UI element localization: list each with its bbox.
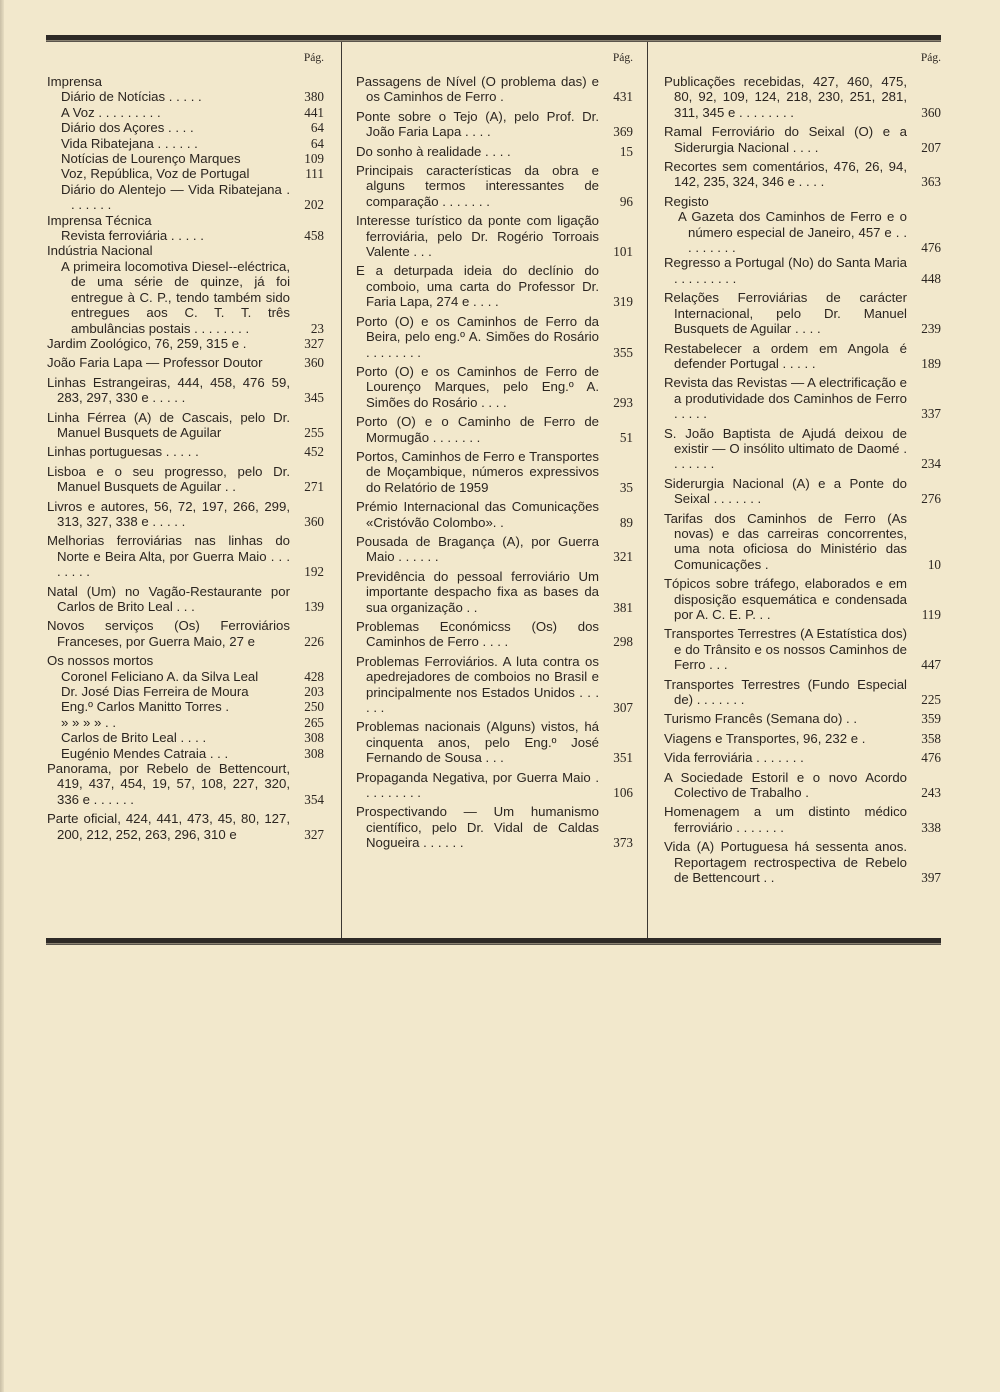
index-entry: Turismo Francês (Semana do) . .359 — [664, 711, 941, 726]
entry-title: Principais características da obra e alg… — [356, 163, 599, 209]
index-entry: Principais características da obra e alg… — [356, 163, 633, 209]
entry-page-number: 373 — [599, 835, 633, 850]
page-spine-edge — [0, 0, 4, 1392]
entry-page-number: 64 — [290, 136, 324, 151]
entry-title: Melhorias ferroviárias nas linhas do Nor… — [47, 533, 290, 579]
entry-page-number: 380 — [290, 89, 324, 104]
entry-title: Linhas Estrangeiras, 444, 458, 476 59, 2… — [47, 375, 290, 406]
entry-title: Diário dos Açores . . . . — [47, 120, 290, 135]
entry-page-number: 431 — [599, 89, 633, 104]
entry-page-number: 327 — [290, 336, 324, 351]
page-header-label: Pág. — [664, 44, 941, 74]
entry-page-number: 15 — [599, 144, 633, 159]
entry-title: S. João Baptista de Ajudá deixou de exis… — [664, 426, 907, 472]
bottom-rule — [46, 938, 941, 944]
entry-page-number: 225 — [907, 692, 941, 707]
index-entry: Jardim Zoológico, 76, 259, 315 e .327 — [47, 336, 324, 351]
index-entry: Dr. José Dias Ferreira de Moura203 — [47, 684, 324, 699]
entry-title: Voz, República, Voz de Portugal — [47, 166, 290, 181]
entry-page-number: 360 — [290, 355, 324, 370]
index-entry: Revista ferroviária . . . . .458 — [47, 228, 324, 243]
entry-page-number: 23 — [290, 321, 324, 336]
entry-page-number: 351 — [599, 750, 633, 765]
column-divider-1 — [341, 42, 342, 938]
entry-title: Tópicos sobre tráfego, elaborados e em d… — [664, 576, 907, 622]
entry-page-number: 360 — [907, 105, 941, 120]
index-entry: Vida (A) Portuguesa há sessenta anos. Re… — [664, 839, 941, 885]
entry-title: Ponte sobre o Tejo (A), pelo Prof. Dr. J… — [356, 109, 599, 140]
entry-title: Porto (O) e os Caminhos de Ferro da Beir… — [356, 314, 599, 360]
entry-page-number: 243 — [907, 785, 941, 800]
entry-title: Turismo Francês (Semana do) . . — [664, 711, 907, 726]
index-entry: A Voz . . . . . . . . .441 — [47, 105, 324, 120]
entry-title: Linhas portuguesas . . . . . — [47, 444, 290, 459]
index-entry: Lisboa e o seu progresso, pelo Dr. Manue… — [47, 464, 324, 495]
entry-title: Ramal Ferroviário do Seixal (O) e a Side… — [664, 124, 907, 155]
index-column-3: Pág. Publicações recebidas, 427, 460, 47… — [664, 44, 941, 890]
entry-page-number: 255 — [290, 425, 324, 440]
entry-title: Diário de Notícias . . . . . — [47, 89, 290, 104]
entry-page-number: 298 — [599, 634, 633, 649]
index-entry: Problemas Ferroviários. A luta contra os… — [356, 654, 633, 716]
entry-title: Prospectivando — Um humanismo científico… — [356, 804, 599, 850]
entry-page-number: 51 — [599, 430, 633, 445]
entry-title: Transportes Terrestres (Fundo Especial d… — [664, 677, 907, 708]
entry-page-number: 192 — [290, 564, 324, 579]
entry-page-number: 106 — [599, 785, 633, 800]
entry-page-number: 381 — [599, 600, 633, 615]
entry-title: Regresso a Portugal (No) do Santa Maria … — [664, 255, 907, 286]
entry-page-number: 308 — [290, 730, 324, 745]
entry-title: Transportes Terrestres (A Estatística do… — [664, 626, 907, 672]
entry-title: Relações Ferroviárias de carácter Intern… — [664, 290, 907, 336]
entries-list: ImprensaDiário de Notícias . . . . .380A… — [47, 74, 324, 842]
entry-title: Revista ferroviária . . . . . — [47, 228, 290, 243]
entry-title: Portos, Caminhos de Ferro e Transportes … — [356, 449, 599, 495]
entry-page-number: 101 — [599, 244, 633, 259]
index-entry: Porto (O) e os Caminhos de Ferro de Lour… — [356, 364, 633, 410]
entry-title: Parte oficial, 424, 441, 473, 45, 80, 12… — [47, 811, 290, 842]
index-entry: Notícias de Lourenço Marques109 — [47, 151, 324, 166]
entry-page-number: 397 — [907, 870, 941, 885]
entry-page-number: 308 — [290, 746, 324, 761]
entry-page-number: 355 — [599, 345, 633, 360]
index-entry: Tópicos sobre tráfego, elaborados e em d… — [664, 576, 941, 622]
entry-title: Livros e autores, 56, 72, 197, 266, 299,… — [47, 499, 290, 530]
entry-page-number: 109 — [290, 151, 324, 166]
index-entry: Carlos de Brito Leal . . . .308 — [47, 730, 324, 745]
entry-title: Vida ferroviária . . . . . . . — [664, 750, 907, 765]
index-entry: Interesse turístico da ponte com ligação… — [356, 213, 633, 259]
index-entry: Diário de Notícias . . . . .380 — [47, 89, 324, 104]
entry-page-number: 265 — [290, 715, 324, 730]
index-entry: A Gazeta dos Caminhos de Ferro e o númer… — [664, 209, 941, 255]
entry-page-number: 119 — [907, 607, 941, 622]
index-entry: Previdência do pessoal ferroviário Um im… — [356, 569, 633, 615]
entry-title: Homenagem a um distinto médico ferroviár… — [664, 804, 907, 835]
entry-title: Problemas Económicss (Os) dos Caminhos d… — [356, 619, 599, 650]
entry-page-number: 476 — [907, 240, 941, 255]
index-entry: Porto (O) e os Caminhos de Ferro da Beir… — [356, 314, 633, 360]
entry-page-number: 239 — [907, 321, 941, 336]
index-entry: Propaganda Negativa, por Guerra Maio . .… — [356, 770, 633, 801]
entry-page-number: 337 — [907, 406, 941, 421]
index-entry: Problemas nacionais (Alguns) vistos, há … — [356, 719, 633, 765]
entry-title: Problemas Ferroviários. A luta contra os… — [356, 654, 599, 716]
entry-page-number: 452 — [290, 444, 324, 459]
index-entry: Voz, República, Voz de Portugal111 — [47, 166, 324, 181]
index-entry: Revista das Revistas — A electrificação … — [664, 375, 941, 421]
entry-title: A Gazeta dos Caminhos de Ferro e o númer… — [664, 209, 907, 255]
entry-title: Pousada de Bragança (A), por Guerra Maio… — [356, 534, 599, 565]
index-entry: Problemas Económicss (Os) dos Caminhos d… — [356, 619, 633, 650]
entry-title: Eng.º Carlos Manitto Torres . — [47, 699, 290, 714]
index-entry: Passagens de Nível (O problema das) e os… — [356, 74, 633, 105]
index-entry: Regresso a Portugal (No) do Santa Maria … — [664, 255, 941, 286]
entry-title: A primeira locomotiva Diesel--eléctrica,… — [47, 259, 290, 336]
entry-title: Tarifas dos Caminhos de Ferro (As novas)… — [664, 511, 907, 573]
entry-title: Previdência do pessoal ferroviário Um im… — [356, 569, 599, 615]
index-heading: Indústria Nacional — [47, 243, 324, 258]
index-heading: Imprensa Técnica — [47, 213, 324, 228]
entry-title: A Voz . . . . . . . . . — [47, 105, 290, 120]
entry-title: Notícias de Lourenço Marques — [47, 151, 290, 166]
index-heading: Imprensa — [47, 74, 324, 89]
index-entry: Publicações recebidas, 427, 460, 475, 80… — [664, 74, 941, 120]
index-heading: Os nossos mortos — [47, 653, 324, 668]
entry-page-number: 345 — [290, 390, 324, 405]
index-entry: » » » » . .265 — [47, 715, 324, 730]
entry-page-number: 226 — [290, 634, 324, 649]
entry-title: Vida (A) Portuguesa há sessenta anos. Re… — [664, 839, 907, 885]
entry-page-number: 139 — [290, 599, 324, 614]
entry-page-number: 10 — [907, 557, 941, 572]
index-entry: Vida Ribatejana . . . . . .64 — [47, 136, 324, 151]
entry-page-number: 96 — [599, 194, 633, 209]
index-entry: Eugénio Mendes Catraia . . .308 — [47, 746, 324, 761]
entry-page-number: 476 — [907, 750, 941, 765]
index-entry: Eng.º Carlos Manitto Torres .250 — [47, 699, 324, 714]
index-entry: Melhorias ferroviárias nas linhas do Nor… — [47, 533, 324, 579]
index-entry: Do sonho à realidade . . . .15 — [356, 144, 633, 159]
entry-title: A Sociedade Estoril e o novo Acordo Cole… — [664, 770, 907, 801]
entry-page-number: 354 — [290, 792, 324, 807]
entry-page-number: 276 — [907, 491, 941, 506]
entry-page-number: 321 — [599, 549, 633, 564]
index-entry: Diário do Alentejo — Vida Ribatejana . .… — [47, 182, 324, 213]
index-entry: Pousada de Bragança (A), por Guerra Maio… — [356, 534, 633, 565]
entry-page-number: 250 — [290, 699, 324, 714]
entry-title: Interesse turístico da ponte com ligação… — [356, 213, 599, 259]
entry-title: Lisboa e o seu progresso, pelo Dr. Manue… — [47, 464, 290, 495]
index-column-2: Pág. Passagens de Nível (O problema das)… — [356, 44, 633, 855]
entry-title: Problemas nacionais (Alguns) vistos, há … — [356, 719, 599, 765]
entry-title: Do sonho à realidade . . . . — [356, 144, 599, 159]
entry-title: Passagens de Nível (O problema das) e os… — [356, 74, 599, 105]
index-entry: Homenagem a um distinto médico ferroviár… — [664, 804, 941, 835]
index-entry: Parte oficial, 424, 441, 473, 45, 80, 12… — [47, 811, 324, 842]
top-rule — [46, 35, 941, 41]
index-entry: Relações Ferroviárias de carácter Intern… — [664, 290, 941, 336]
entry-title: Diário do Alentejo — Vida Ribatejana . .… — [47, 182, 290, 213]
entry-title: Carlos de Brito Leal . . . . — [47, 730, 290, 745]
entry-page-number: 64 — [290, 120, 324, 135]
index-entry: Siderurgia Nacional (A) e a Ponte do Sei… — [664, 476, 941, 507]
entry-title: Revista das Revistas — A electrificação … — [664, 375, 907, 421]
entry-page-number: 358 — [907, 731, 941, 746]
entry-page-number: 203 — [290, 684, 324, 699]
index-entry: Linhas portuguesas . . . . .452 — [47, 444, 324, 459]
entry-title: Linha Férrea (A) de Cascais, pelo Dr. Ma… — [47, 410, 290, 441]
entry-page-number: 89 — [599, 515, 633, 530]
entry-page-number: 307 — [599, 700, 633, 715]
index-column-1: Pág. ImprensaDiário de Notícias . . . . … — [47, 44, 324, 846]
index-entry: Porto (O) e o Caminho de Ferro de Mormug… — [356, 414, 633, 445]
entry-page-number: 363 — [907, 174, 941, 189]
entry-page-number: 202 — [290, 197, 324, 212]
entry-title: Panorama, por Rebelo de Bettencourt, 419… — [47, 761, 290, 807]
index-entry: Vida ferroviária . . . . . . .476 — [664, 750, 941, 765]
entry-page-number: 293 — [599, 395, 633, 410]
entry-title: » » » » . . — [47, 715, 290, 730]
entry-page-number: 35 — [599, 480, 633, 495]
index-entry: Transportes Terrestres (A Estatística do… — [664, 626, 941, 672]
index-entry: Transportes Terrestres (Fundo Especial d… — [664, 677, 941, 708]
index-entry: Recortes sem comentários, 476, 26, 94, 1… — [664, 159, 941, 190]
entry-title: Jardim Zoológico, 76, 259, 315 e . — [47, 336, 290, 351]
entry-title: Dr. José Dias Ferreira de Moura — [47, 684, 290, 699]
entry-page-number: 319 — [599, 294, 633, 309]
index-entry: Linha Férrea (A) de Cascais, pelo Dr. Ma… — [47, 410, 324, 441]
entry-page-number: 189 — [907, 356, 941, 371]
entry-title: Novos serviços (Os) Ferroviários Frances… — [47, 618, 290, 649]
index-entry: Prospectivando — Um humanismo científico… — [356, 804, 633, 850]
index-entry: E a deturpada ideia do declínio do combo… — [356, 263, 633, 309]
entry-page-number: 234 — [907, 456, 941, 471]
entry-title: Viagens e Transportes, 96, 232 e . — [664, 731, 907, 746]
entry-title: Siderurgia Nacional (A) e a Ponte do Sei… — [664, 476, 907, 507]
index-entry: Ponte sobre o Tejo (A), pelo Prof. Dr. J… — [356, 109, 633, 140]
index-entry: A primeira locomotiva Diesel--eléctrica,… — [47, 259, 324, 336]
column-divider-2 — [647, 42, 648, 938]
entry-title: Prémio Internacional das Comunicações «C… — [356, 499, 599, 530]
index-entry: Ramal Ferroviário do Seixal (O) e a Side… — [664, 124, 941, 155]
entry-page-number: 327 — [290, 827, 324, 842]
entries-list: Publicações recebidas, 427, 460, 475, 80… — [664, 74, 941, 886]
index-entry: Novos serviços (Os) Ferroviários Frances… — [47, 618, 324, 649]
entry-title: Eugénio Mendes Catraia . . . — [47, 746, 290, 761]
index-entry: Prémio Internacional das Comunicações «C… — [356, 499, 633, 530]
index-entry: Tarifas dos Caminhos de Ferro (As novas)… — [664, 511, 941, 573]
entry-page-number: 448 — [907, 271, 941, 286]
entry-page-number: 369 — [599, 124, 633, 139]
index-entry: A Sociedade Estoril e o novo Acordo Cole… — [664, 770, 941, 801]
entry-page-number: 458 — [290, 228, 324, 243]
index-entry: Panorama, por Rebelo de Bettencourt, 419… — [47, 761, 324, 807]
entry-title: Porto (O) e os Caminhos de Ferro de Lour… — [356, 364, 599, 410]
index-entry: Restabelecer a ordem em Angola é defende… — [664, 341, 941, 372]
entry-title: João Faria Lapa — Professor Doutor — [47, 355, 290, 370]
entry-page-number: 111 — [290, 166, 324, 181]
index-entry: S. João Baptista de Ajudá deixou de exis… — [664, 426, 941, 472]
entry-title: Recortes sem comentários, 476, 26, 94, 1… — [664, 159, 907, 190]
entry-title: Coronel Feliciano A. da Silva Leal — [47, 669, 290, 684]
entry-page-number: 359 — [907, 711, 941, 726]
entry-title: Publicações recebidas, 427, 460, 475, 80… — [664, 74, 907, 120]
index-entry: Linhas Estrangeiras, 444, 458, 476 59, 2… — [47, 375, 324, 406]
page-header-label: Pág. — [47, 44, 324, 74]
entry-page-number: 441 — [290, 105, 324, 120]
index-entry: João Faria Lapa — Professor Doutor360 — [47, 355, 324, 370]
entry-title: Porto (O) e o Caminho de Ferro de Mormug… — [356, 414, 599, 445]
entry-page-number: 271 — [290, 479, 324, 494]
entry-title: Natal (Um) no Vagão-Restaurante por Carl… — [47, 584, 290, 615]
index-entry: Viagens e Transportes, 96, 232 e .358 — [664, 731, 941, 746]
entry-page-number: 360 — [290, 514, 324, 529]
index-entry: Livros e autores, 56, 72, 197, 266, 299,… — [47, 499, 324, 530]
entries-list: Passagens de Nível (O problema das) e os… — [356, 74, 633, 851]
entry-page-number: 447 — [907, 657, 941, 672]
entry-page-number: 338 — [907, 820, 941, 835]
index-entry: Portos, Caminhos de Ferro e Transportes … — [356, 449, 633, 495]
index-entry: Diário dos Açores . . . .64 — [47, 120, 324, 135]
index-heading: Registo — [664, 194, 941, 209]
entry-title: Restabelecer a ordem em Angola é defende… — [664, 341, 907, 372]
entry-title: Propaganda Negativa, por Guerra Maio . .… — [356, 770, 599, 801]
entry-title: Vida Ribatejana . . . . . . — [47, 136, 290, 151]
entry-page-number: 207 — [907, 140, 941, 155]
index-entry: Natal (Um) no Vagão-Restaurante por Carl… — [47, 584, 324, 615]
index-entry: Coronel Feliciano A. da Silva Leal428 — [47, 669, 324, 684]
page-header-label: Pág. — [356, 44, 633, 74]
entry-title: E a deturpada ideia do declínio do combo… — [356, 263, 599, 309]
entry-page-number: 428 — [290, 669, 324, 684]
